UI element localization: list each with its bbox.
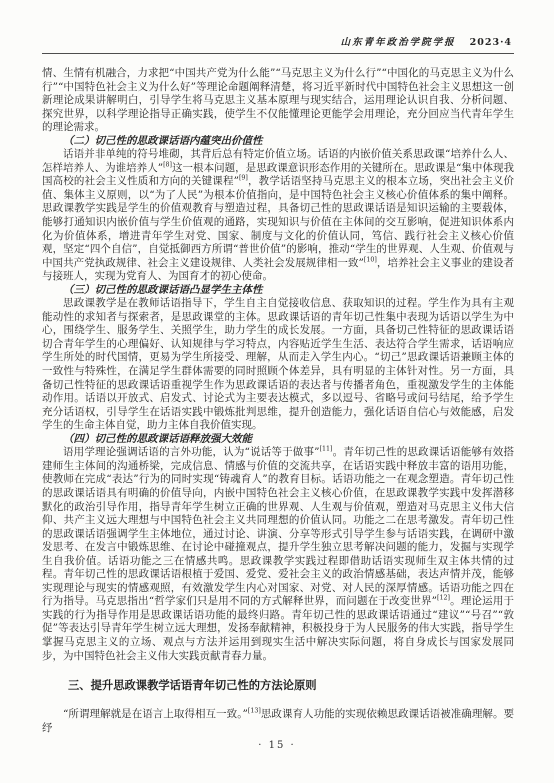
running-head: 山东青年政治学院学报 2023·4 bbox=[42, 34, 514, 48]
header-rule bbox=[42, 53, 514, 54]
issue-number: 2023·4 bbox=[470, 37, 512, 48]
paragraph-value-orientation: 话语并非单纯的符号堆砌，其背后总有特定价值立场。话语的内嵌价值关系思政课“培养什… bbox=[42, 148, 514, 283]
article-body: 情、生情有机融合，力求把“中国共产党为什么能”“马克思主义为什么行”“中国化的马… bbox=[42, 67, 514, 735]
page-number: · 15 · bbox=[0, 740, 554, 751]
paragraph-discourse-function: 语用学理论强调话语的言外功能，认为“说话等于做事”[11]。青年切己性的思政课话… bbox=[42, 446, 514, 663]
paragraph-continuation: 情、生情有机融合，力求把“中国共产党为什么能”“马克思主义为什么行”“中国化的马… bbox=[42, 67, 514, 135]
journal-title: 山东青年政治学院学报 bbox=[341, 34, 456, 48]
page-content: 山东青年政治学院学报 2023·4 情、生情有机融合，力求把“中国共产党为什么能… bbox=[42, 34, 514, 735]
paragraph-student-subjectivity: 思政课教学是在教师话语指导下，学生自主自觉接收信息、获取知识的过程。学生作为具有… bbox=[42, 297, 514, 432]
subsection-heading-4: （四）切己性的思政课话语释放强大效能 bbox=[42, 433, 514, 447]
journal-page: 山东青年政治学院学报 2023·4 情、生情有机融合，力求把“中国共产党为什么能… bbox=[0, 0, 554, 783]
section-heading-methodology: 三、提升思政课教学话语青年切己性的方法论原则 bbox=[68, 679, 514, 693]
subsection-heading-2: （二）切己性的思政课话语内蕴突出价值性 bbox=[42, 135, 514, 149]
paragraph-understanding: “所谓理解就是在语言上取得相互一致。”[13]思政课育人功能的实现依赖思政课话语… bbox=[42, 708, 514, 735]
subsection-heading-3: （三）切己性的思政课话语凸显学生主体性 bbox=[42, 284, 514, 298]
